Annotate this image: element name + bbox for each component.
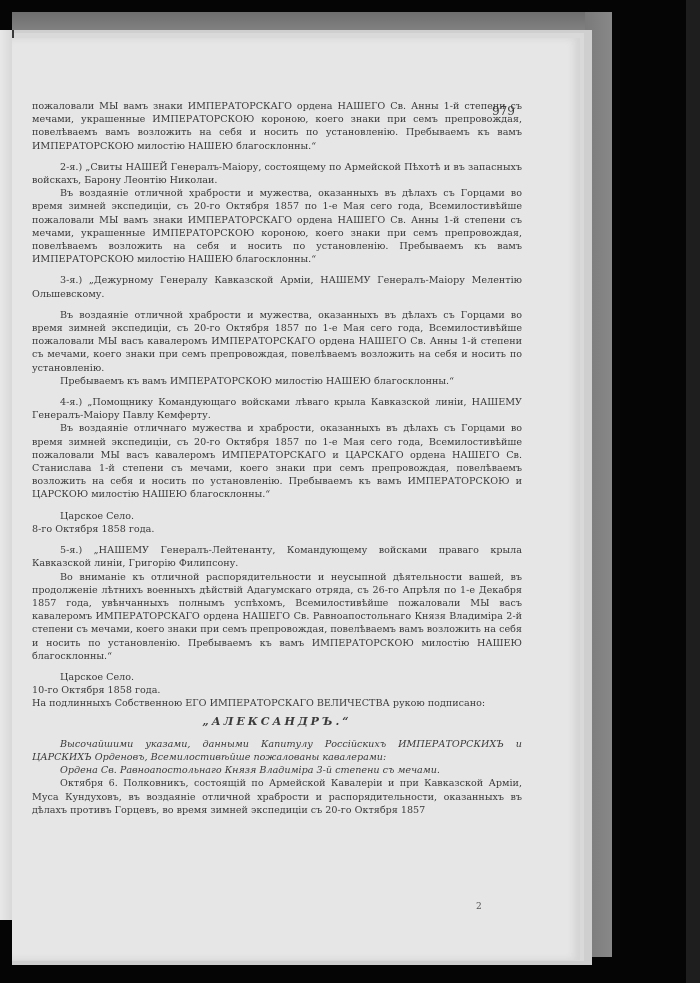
decrees-intro: Высочайшими указами, данными Капитулу Ро… [32,738,522,764]
date-line-1: 8-го Октября 1858 года. [32,523,522,536]
decree-body-4: Въ воздаяніе отличнаго мужества и храбро… [32,422,522,501]
signature-mark: 2 [476,902,482,912]
decree-closing-3: Пребываемъ къ вамъ ИМПЕРАТОРСКОЮ милості… [32,375,522,388]
decree-heading-4: 4-я.) „Помощнику Командующаго войсками л… [32,396,522,422]
decree-heading-5: 5-я.) „НАШЕМУ Генералъ-Лейтенанту, Коман… [32,544,522,570]
award-entry: Октября 6. Полковникъ, состоящій по Арме… [32,777,522,817]
viewer-side-panel [686,0,700,983]
decree-body-2: Въ воздаяніе отличной храбрости и мужест… [32,187,522,266]
place-line-1: Царское Село. [32,510,522,523]
decree-heading-2: 2-я.) „Свиты НАШЕЙ Генералъ-Маіору, сост… [32,161,522,187]
date-line-2: 10-го Октября 1858 года. [32,684,522,697]
signature-alexander: „АЛЕКСАНДРЪ.“ [32,715,522,728]
paragraph-continuation: пожаловали МЫ вамъ знаки ИМПЕРАТОРСКАГО … [32,100,522,153]
place-line-2: Царское Село. [32,671,522,684]
decree-body-3: Въ воздаяніе отличной храбрости и мужест… [32,309,522,375]
decree-body-5: Во вниманіе къ отличной распорядительнос… [32,571,522,663]
scanned-page-viewer: 979 пожаловали МЫ вамъ знаки ИМПЕРАТОРСК… [0,0,700,983]
order-heading: Орденa Св. Равноапостольнаго Князя Влади… [32,764,522,777]
page-body: пожаловали МЫ вамъ знаки ИМПЕРАТОРСКАГО … [32,100,522,817]
decree-heading-3: 3-я.) „Дежурному Генералу Кавказской Арм… [32,274,522,300]
signed-by-line: На подлинныхъ Собственною ЕГО ИМПЕРАТОРС… [32,697,522,710]
